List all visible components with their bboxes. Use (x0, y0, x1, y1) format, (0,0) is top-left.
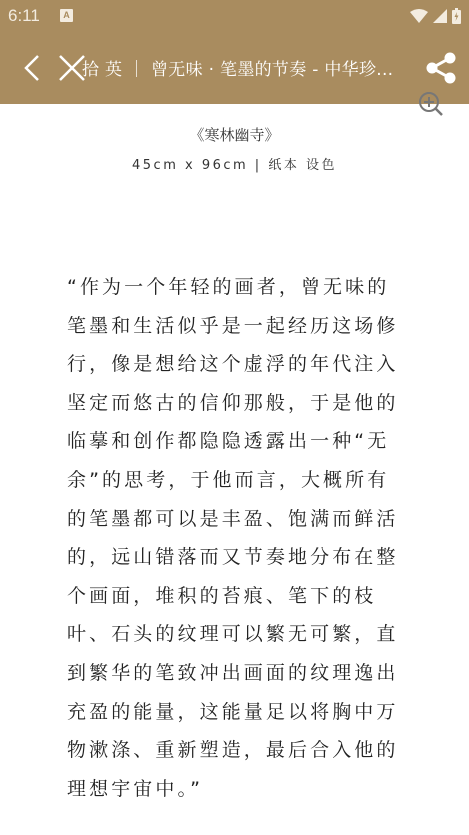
share-icon (425, 51, 457, 85)
article-line: 叶、石头的纹理可以繁无可繁，直 (67, 615, 407, 654)
article-line: 临摹和创作都隐隐透露出一种“无 (67, 422, 407, 461)
article-line: 理想宇宙中。” (67, 770, 407, 809)
article-line: 余”的思考，于他而言，大概所有 (67, 461, 407, 500)
zoom-in-icon (417, 92, 445, 120)
article-line: 到繁华的笔致冲出画面的纹理逸出 (67, 654, 407, 693)
artwork-meta: 45cm x 96cm | 纸本 设色 (0, 154, 469, 173)
status-icons (410, 7, 461, 25)
article-line: 的笔墨都可以是丰盈、饱满而鲜活 (67, 500, 407, 539)
app-bar: 拾 英 ｜ 曾无味 · 笔墨的节奏 - 中华珍... (0, 33, 469, 104)
share-button[interactable] (425, 51, 457, 85)
article-line: 坚定而悠古的信仰那般，于是他的 (67, 384, 407, 423)
zoom-in-button[interactable] (417, 92, 445, 120)
wifi-icon (410, 9, 428, 23)
article-line: “作为一个年轻的画者，曾无味的 (67, 268, 407, 307)
article-line: 的，远山错落而又节奏地分布在整 (67, 538, 407, 577)
article-line: 行，像是想给这个虚浮的年代注入 (67, 345, 407, 384)
article-line: 笔墨和生活似乎是一起经历这场修 (67, 307, 407, 346)
artwork-title: 《寒林幽寺》 (0, 124, 469, 145)
article-line: 个画面，堆积的苔痕、笔下的枝 (67, 577, 407, 616)
chevron-left-icon (22, 53, 42, 83)
article-body: “作为一个年轻的画者，曾无味的 笔墨和生活似乎是一起经历这场修 行，像是想给这个… (67, 268, 407, 808)
back-button[interactable] (22, 53, 42, 83)
page-title: 拾 英 ｜ 曾无味 · 笔墨的节奏 - 中华珍... (82, 55, 397, 80)
status-time: 6:11 (8, 6, 40, 26)
article-line: 物漱涤、重新塑造，最后合入他的 (67, 731, 407, 770)
signal-icon (433, 9, 447, 23)
battery-charging-icon (452, 8, 461, 24)
article-line: 充盈的能量，这能量足以将胸中万 (67, 693, 407, 732)
status-bar: 6:11 A (0, 0, 469, 33)
notification-icon: A (60, 9, 73, 22)
